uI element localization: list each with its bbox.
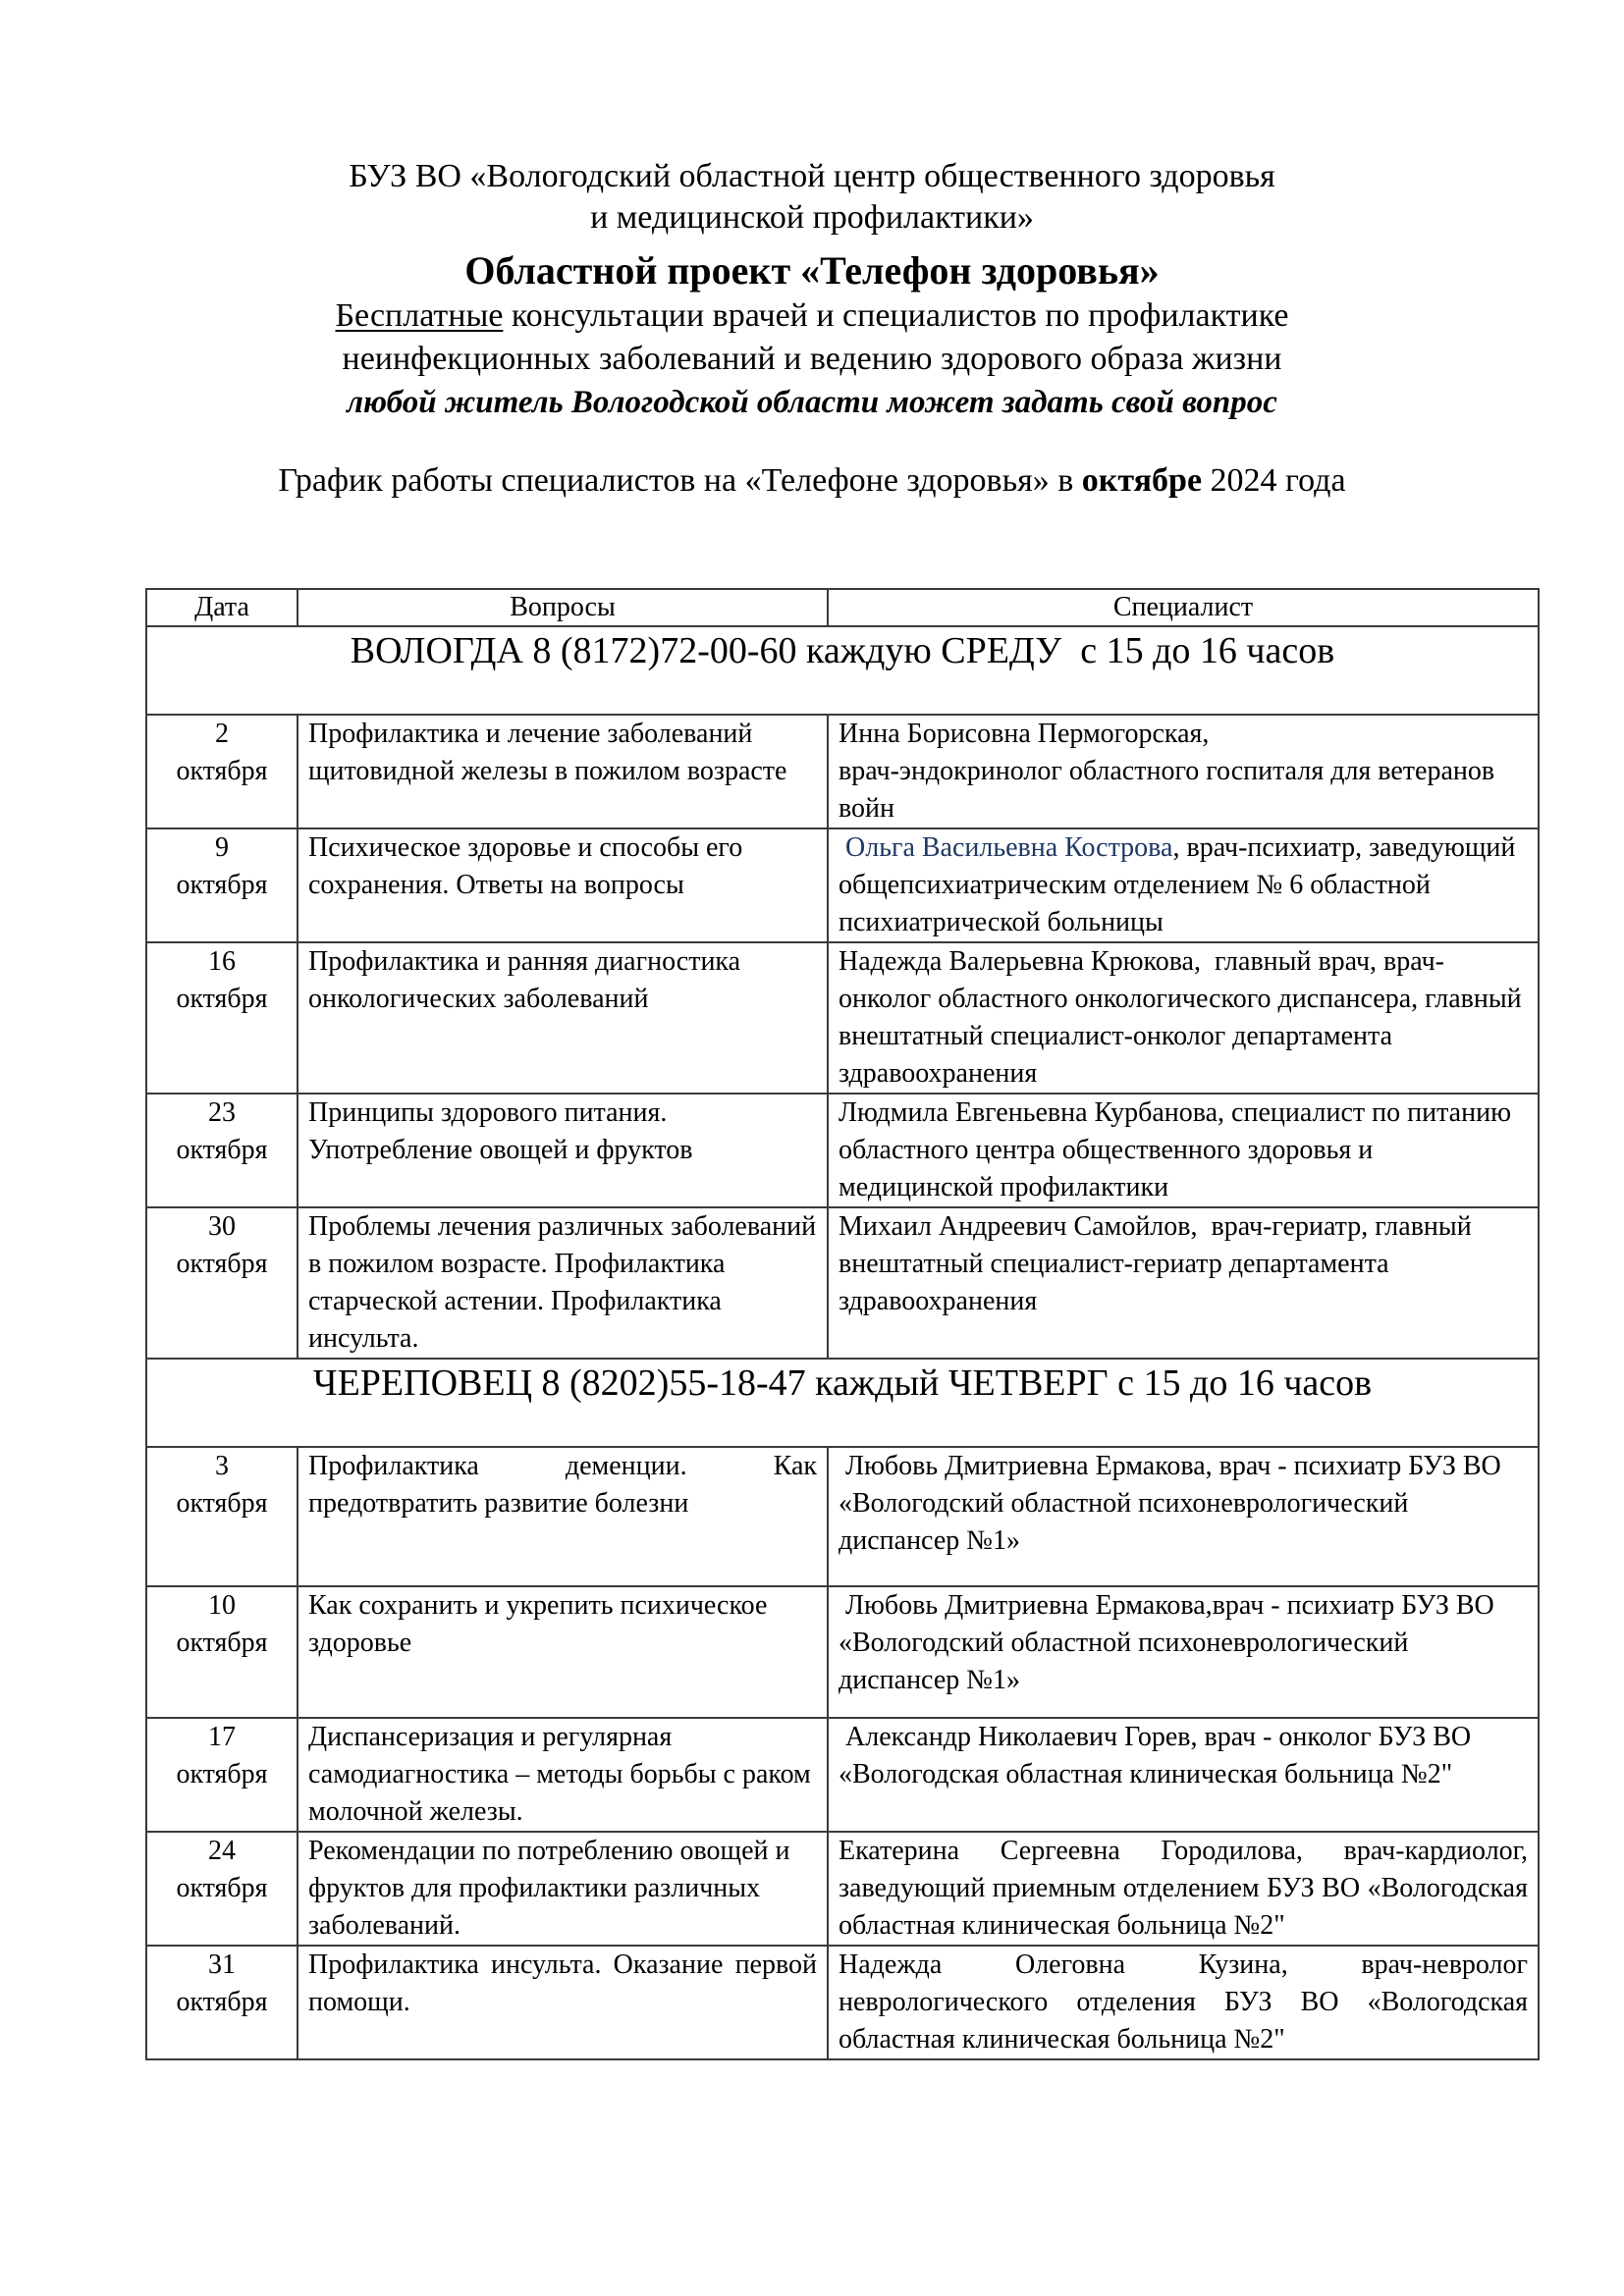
organization-name-line1: БУЗ ВО «Вологодский областной центр обще… [0,157,1624,196]
question-cell: Профилактика и лечение заболеваний щитов… [298,715,828,828]
date-day: 30 [157,1208,287,1246]
date-cell: 3октября [146,1447,298,1586]
column-header-date: Дата [146,589,298,626]
specialist-name: Любовь Дмитриевна Ермакова, [839,1590,1213,1621]
date-cell: 17октября [146,1718,298,1832]
table-row: 24октября Рекомендации по потреблению ов… [146,1832,1539,1946]
schedule-title-prefix: График работы специалистов на «Телефоне … [278,462,1081,499]
question-cell: Принципы здорового питания. Употребление… [298,1094,828,1207]
date-cell: 16октября [146,942,298,1094]
section-title-vologda: ВОЛОГДА 8 (8172)72-00-60 каждую СРЕДУ с … [146,626,1539,715]
section-header-row: ЧЕРЕПОВЕЦ 8 (8202)55-18-47 каждый ЧЕТВЕР… [146,1359,1539,1447]
question-cell: Проблемы лечения различных заболеваний в… [298,1207,828,1359]
schedule-title-suffix: 2024 года [1202,462,1346,499]
free-underlined-word: Бесплатные [336,297,504,334]
organization-name-line2: и медицинской профилактики» [0,198,1624,238]
date-day: 23 [157,1095,287,1132]
date-day: 16 [157,943,287,981]
document-page: БУЗ ВО «Вологодский областной центр обще… [0,0,1624,2296]
specialist-info: врач-эндокринолог областного госпиталя д… [839,756,1494,824]
date-day: 24 [157,1833,287,1870]
specialist-name: Надежда Валерьевна Крюкова, [839,946,1201,977]
date-day: 31 [157,1947,287,1984]
date-cell: 9октября [146,828,298,942]
specialist-cell: Инна Борисовна Пермогорская,врач-эндокри… [828,715,1539,828]
date-month: октября [157,867,287,904]
question-cell: Профилактика инсульта. Оказание первой п… [298,1946,828,2059]
date-cell: 10октября [146,1586,298,1718]
date-month: октября [157,1246,287,1283]
specialist-name: Надежда Олеговна Кузина, [839,1949,1288,1980]
schedule-month: октябре [1082,462,1202,499]
date-month: октября [157,1485,287,1522]
specialist-cell: Надежда Олеговна Кузина, врач-невролог н… [828,1946,1539,2059]
date-month: октября [157,1756,287,1793]
date-month: октября [157,1984,287,2021]
specialist-name: Александр Николаевич Горев, [839,1722,1197,1752]
specialist-cell: Ольга Васильевна Кострова, врач-психиатр… [828,828,1539,942]
schedule-title: График работы специалистов на «Телефоне … [0,461,1624,501]
column-header-specialist: Специалист [828,589,1539,626]
date-month: октября [157,1132,287,1169]
date-cell: 23октября [146,1094,298,1207]
table-row: 31октября Профилактика инсульта. Оказани… [146,1946,1539,2059]
date-cell: 24октября [146,1832,298,1946]
date-month: октября [157,1625,287,1662]
specialist-name: Инна Борисовна Пермогорская, [839,719,1209,749]
description-line2: неинфекционных заболеваний и ведению здо… [0,340,1624,379]
question-cell: Как сохранить и укрепить психическое здо… [298,1586,828,1718]
date-month: октября [157,1870,287,1907]
table-header-row: Дата Вопросы Специалист [146,589,1539,626]
date-day: 9 [157,829,287,867]
specialist-cell: Любовь Дмитриевна Ермакова,врач - психиа… [828,1586,1539,1718]
table-row: 23октября Принципы здорового питания. Уп… [146,1094,1539,1207]
date-cell: 2октября [146,715,298,828]
specialist-cell: Людмила Евгеньевна Курбанова, специалист… [828,1094,1539,1207]
column-header-questions: Вопросы [298,589,828,626]
date-day: 3 [157,1448,287,1485]
specialist-cell: Любовь Дмитриевна Ермакова, врач - психи… [828,1447,1539,1586]
specialist-name: Ольга Васильевна Кострова [839,832,1172,863]
question-cell: Рекомендации по потреблению овощей и фру… [298,1832,828,1946]
table-row: 9октября Психическое здоровье и способы … [146,828,1539,942]
section-header-row: ВОЛОГДА 8 (8172)72-00-60 каждую СРЕДУ с … [146,626,1539,715]
specialist-name: Михаил Андреевич Самойлов, [839,1211,1198,1242]
date-day: 17 [157,1719,287,1756]
table-row: 2октября Профилактика и лечение заболева… [146,715,1539,828]
schedule-table: Дата Вопросы Специалист ВОЛОГДА 8 (8172)… [145,588,1540,2060]
specialist-cell: Екатерина Сергеевна Городилова, врач-кар… [828,1832,1539,1946]
specialist-name: Любовь Дмитриевна Ермакова, [839,1451,1213,1481]
description-line1-rest: консультации врачей и специалистов по пр… [503,297,1288,334]
table-row: 16октября Профилактика и ранняя диагност… [146,942,1539,1094]
description-line1: Бесплатные консультации врачей и специал… [0,296,1624,336]
date-day: 10 [157,1587,287,1625]
date-month: октября [157,753,287,790]
specialist-name: Людмила Евгеньевна Курбанова, [839,1097,1224,1128]
specialist-name: Екатерина Сергеевна Городилова, [839,1836,1303,1866]
section-title-cherepovets: ЧЕРЕПОВЕЦ 8 (8202)55-18-47 каждый ЧЕТВЕР… [146,1359,1539,1447]
date-cell: 30октября [146,1207,298,1359]
date-month: октября [157,981,287,1018]
specialist-cell: Надежда Валерьевна Крюкова, главный врач… [828,942,1539,1094]
question-cell: Профилактика деменции. Как предотвратить… [298,1447,828,1586]
date-cell: 31октября [146,1946,298,2059]
table-row: 3октября Профилактика деменции. Как пред… [146,1447,1539,1586]
project-title: Областной проект «Телефон здоровья» [0,247,1624,294]
table-row: 10октября Как сохранить и укрепить психи… [146,1586,1539,1718]
table-row: 17октября Диспансеризация и регулярная с… [146,1718,1539,1832]
date-day: 2 [157,716,287,753]
specialist-cell: Александр Николаевич Горев, врач - онкол… [828,1718,1539,1832]
question-cell: Профилактика и ранняя диагностика онколо… [298,942,828,1094]
table-row: 30октября Проблемы лечения различных заб… [146,1207,1539,1359]
question-cell: Психическое здоровье и способы его сохра… [298,828,828,942]
specialist-cell: Михаил Андреевич Самойлов, врач-гериатр,… [828,1207,1539,1359]
question-cell: Диспансеризация и регулярная самодиагнос… [298,1718,828,1832]
motto: любой житель Вологодской области может з… [0,383,1624,422]
